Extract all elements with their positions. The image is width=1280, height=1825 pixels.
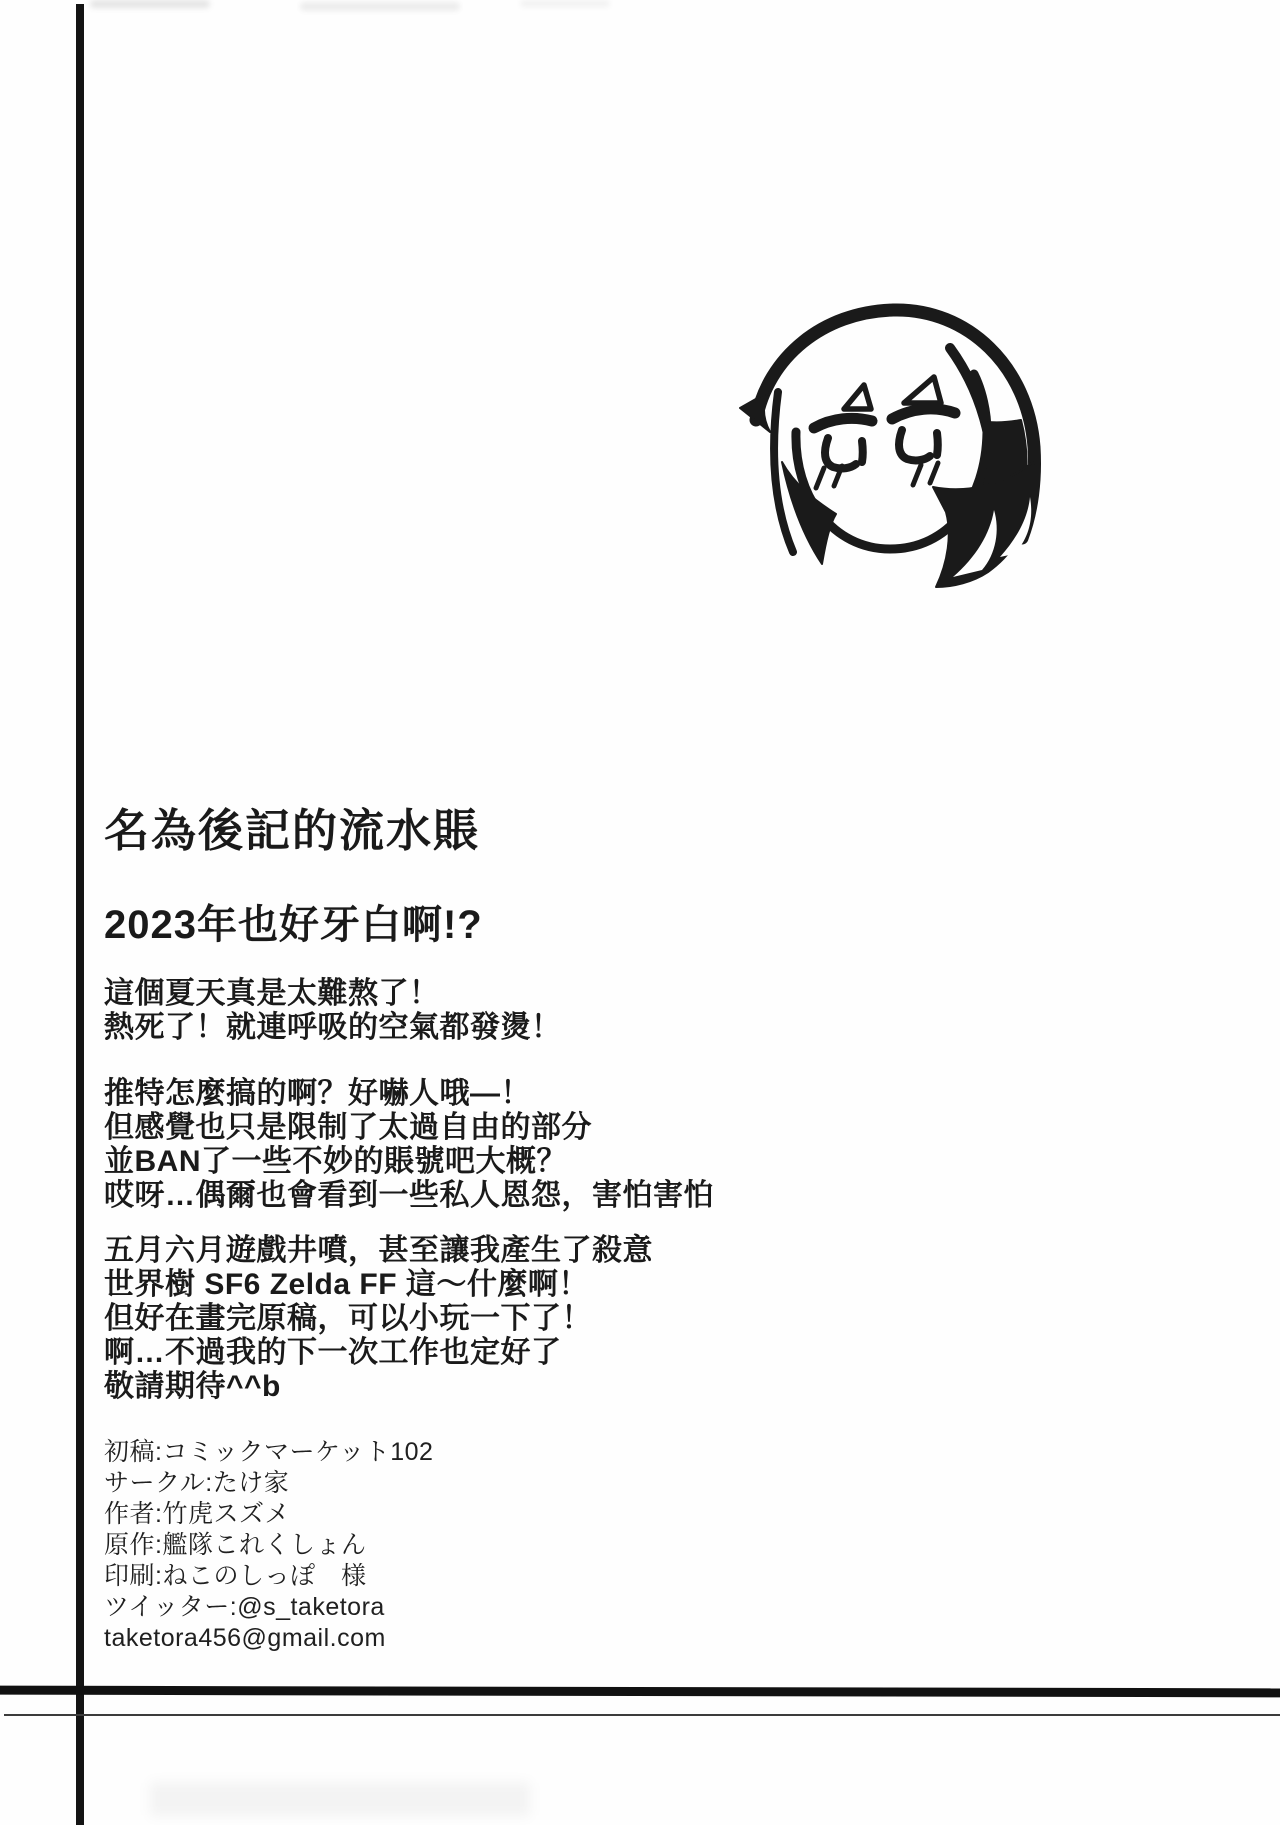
scan-artifact [90, 0, 210, 8]
credit-author: 作者:竹虎スズメ [104, 1499, 433, 1530]
text-line: 熱死了！就連呼吸的空氣都發燙！ [104, 1011, 562, 1045]
scan-artifact [520, 0, 610, 7]
text-line: 敬請期待^^b [104, 1370, 653, 1404]
bottom-rule-thick [0, 1686, 1280, 1698]
paragraph-twitter: 推特怎麼搞的啊？好嚇人哦—！ 但感覺也只是限制了太過自由的部分 並BAN了一些不… [104, 1077, 714, 1213]
left-margin-rule [76, 4, 84, 1825]
credit-first-printing: 初稿:コミックマーケット102 [104, 1437, 433, 1468]
chibi-face-illustration [738, 272, 1048, 592]
credit-circle: サークル:たけ家 [104, 1468, 433, 1499]
credits-block: 初稿:コミックマーケット102 サークル:たけ家 作者:竹虎スズメ 原作:艦隊こ… [104, 1437, 433, 1654]
text-line: 推特怎麼搞的啊？好嚇人哦—！ [104, 1077, 714, 1111]
page-title: 名為後記的流水賬 [104, 794, 480, 859]
text-line: 五月六月遊戲井噴，甚至讓我產生了殺意 [104, 1234, 653, 1268]
scan-artifact [150, 1782, 530, 1816]
text-line: 哎呀…偶爾也會看到一些私人恩怨，害怕害怕 [104, 1179, 714, 1213]
text-line: 這個夏天真是太難熬了！ [104, 977, 562, 1011]
credit-email: taketora456@gmail.com [104, 1623, 433, 1654]
paragraph-summer: 這個夏天真是太難熬了！ 熱死了！就連呼吸的空氣都發燙！ [104, 977, 562, 1045]
scan-artifact [300, 2, 460, 11]
text-line: 世界樹 SF6 Zelda FF 這〜什麼啊！ [104, 1268, 653, 1302]
afterword-page: 名為後記的流水賬 2023年也好牙白啊!? 這個夏天真是太難熬了！ 熱死了！就連… [0, 0, 1280, 1825]
text-line: 但好在畫完原稿，可以小玩一下了！ [104, 1302, 653, 1336]
credit-twitter: ツイッター:@s_taketora [104, 1592, 433, 1623]
paragraph-games: 五月六月遊戲井噴，甚至讓我產生了殺意 世界樹 SF6 Zelda FF 這〜什麼… [104, 1234, 653, 1404]
credit-original-work: 原作:艦隊これくしょん [104, 1530, 433, 1561]
page-subtitle: 2023年也好牙白啊!? [104, 893, 483, 950]
text-line: 啊…不過我的下一次工作也定好了 [104, 1336, 653, 1370]
text-line: 並BAN了一些不妙的賬號吧大概？ [104, 1145, 714, 1179]
credit-printer: 印刷:ねこのしっぽ 様 [104, 1561, 433, 1592]
bottom-rule-thin [4, 1714, 1280, 1716]
text-line: 但感覺也只是限制了太過自由的部分 [104, 1111, 714, 1145]
